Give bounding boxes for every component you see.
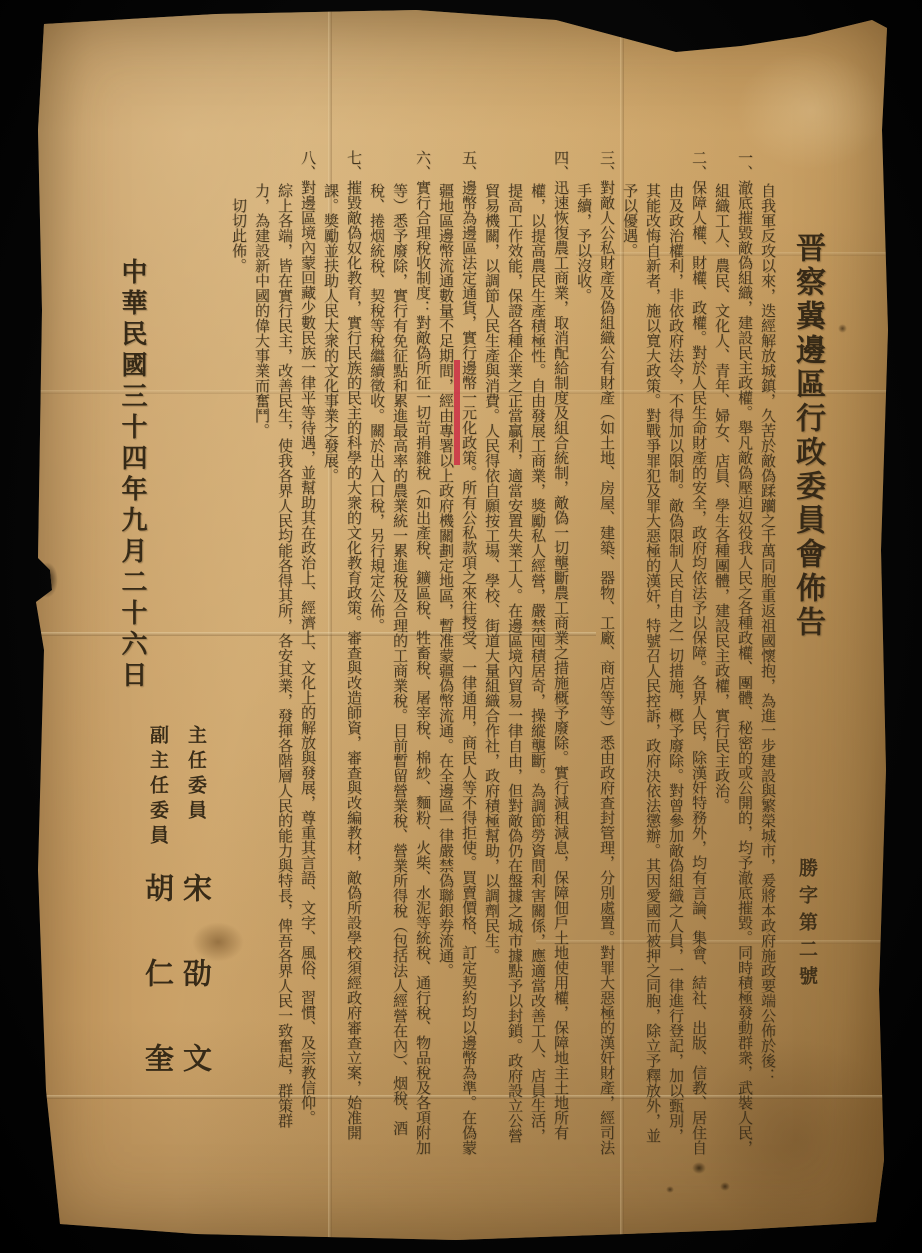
- paper-tear: [36, 562, 58, 598]
- paper-stain: [666, 1186, 674, 1193]
- item-number: 七、: [345, 150, 361, 180]
- paper-stain: [838, 324, 847, 333]
- signature-title: 副主任委員: [147, 725, 168, 850]
- document-number: 勝字第二號: [794, 858, 818, 993]
- signature-chairman: 主任委員宋劭文: [178, 725, 212, 1128]
- item-text: 對邊區境內蒙回藏少數民族一律平等待遇，並幫助其在政治上、經濟上、文化上的解放與發…: [299, 180, 315, 1125]
- item-text: 摧毀敵偽奴化教育，實行民族的民主的科學的大衆的文化教育政策。審查與改造師資，審查…: [322, 180, 361, 1140]
- proclamation-item-6: 六、實行合理稅收制度：對敵偽所征一切苛捐雜稅（如出產稅、鑛區稅、牲畜稅、屠宰稅、…: [364, 150, 433, 1155]
- signature-vice-chairman: 副主任委員胡仁奎: [140, 725, 174, 1128]
- item-number: 六、: [414, 150, 430, 180]
- paper-stain: [720, 1182, 730, 1191]
- proclamation-item-3: 三、對敵人公私財產及偽組織公有財產（如土地、房屋、建築、器物、工廠、商店等等）悉…: [571, 150, 617, 1155]
- proclamation-item-8: 八、對邊區境內蒙回藏少數民族一律平等待遇，並幫助其在政治上、經濟上、文化上的解放…: [295, 150, 318, 1155]
- date-line: 中華民國三十四年九月二十六日: [113, 258, 151, 692]
- proclamation-item-1: 一、澈底摧毀敵偽組織，建設民主政權。舉凡敵偽壓迫奴役我人民之各種政權、團體、秘密…: [709, 150, 755, 1155]
- red-emphasis-mark: 邊幣一元化政策: [454, 360, 476, 465]
- item-text: 保障人權、財權、政權。對於人民生命財產的安全，政府均依法予以保障。各界人民，除漢…: [621, 180, 706, 1155]
- item-text: 迅速恢復農工商業，取消配給制度及組合統制，敵偽一切壟斷農工商業之措施概予廢除。實…: [483, 180, 568, 1143]
- proclamation-item-5: 五、邊幣為邊區法定通貨，實行邊幣一元化政策。所有公私款項之來往授受、一律通用，商…: [433, 150, 479, 1155]
- item-number: 八、: [299, 150, 315, 180]
- signatures: 主任委員宋劭文 副主任委員胡仁奎: [136, 725, 212, 1128]
- preamble: 自我軍反攻以來，迭經解放城鎮，久苦於敵偽蹂躪之千萬同胞重返祖國懷抱，為進一步建設…: [755, 150, 778, 1155]
- item-number: 五、: [460, 150, 476, 180]
- closing-paragraph: 綜上各端，皆在實行民主，改善民生，使我各界人民均能各得其所，各安其業，發揮各階層…: [249, 150, 295, 1155]
- proclamation-item-2: 二、保障人權、財權、政權。對於人民生命財產的安全，政府均依法予以保障。各界人民，…: [617, 150, 709, 1155]
- document-body: 自我軍反攻以來，迭經解放城鎮，久苦於敵偽蹂躪之千萬同胞重返祖國懷抱，為進一步建設…: [226, 150, 778, 1155]
- item-text: 實行合理稅收制度：對敵偽所征一切苛捐雜稅（如出產稅、鑛區稅、牲畜稅、屠宰稅、棉紗…: [368, 180, 430, 1155]
- item-text: 澈底摧毀敵偽組織，建設民主政權。舉凡敵偽壓迫奴役我人民之各種政權、團體、秘密的或…: [713, 180, 752, 1155]
- item-text: 邊幣為邊區法定通貨，實行: [460, 180, 476, 360]
- item-number: 一、: [736, 150, 752, 180]
- item-number: 二、: [690, 150, 706, 180]
- photograph-backdrop: 晋察冀邊區行政委員會佈告 勝字第二號 自我軍反攻以來，迭經解放城鎮，久苦於敵偽蹂…: [0, 0, 922, 1253]
- closing-final: 切切此佈。: [226, 150, 249, 1155]
- signature-title: 主任委員: [185, 725, 206, 825]
- item-text: 對敵人公私財產及偽組織公有財產（如土地、房屋、建築、器物、工廠、商店等等）悉由政…: [575, 180, 614, 1155]
- signature-name: 胡仁奎: [141, 873, 173, 1128]
- proclamation-item-7: 七、摧毀敵偽奴化教育，實行民族的民主的科學的大衆的文化教育政策。審查與改造師資，…: [318, 150, 364, 1155]
- signature-name: 宋劭文: [179, 873, 211, 1128]
- document-title: 晋察冀邊區行政委員會佈告: [788, 232, 826, 640]
- paper-stain: [692, 1162, 706, 1174]
- proclamation-item-4: 四、迅速恢復農工商業，取消配給制度及組合統制，敵偽一切壟斷農工商業之措施概予廢除…: [479, 150, 571, 1155]
- item-number: 四、: [552, 150, 568, 180]
- item-number: 三、: [598, 150, 614, 180]
- proclamation-poster: 晋察冀邊區行政委員會佈告 勝字第二號 自我軍反攻以來，迭經解放城鎮，久苦於敵偽蹂…: [36, 10, 888, 1240]
